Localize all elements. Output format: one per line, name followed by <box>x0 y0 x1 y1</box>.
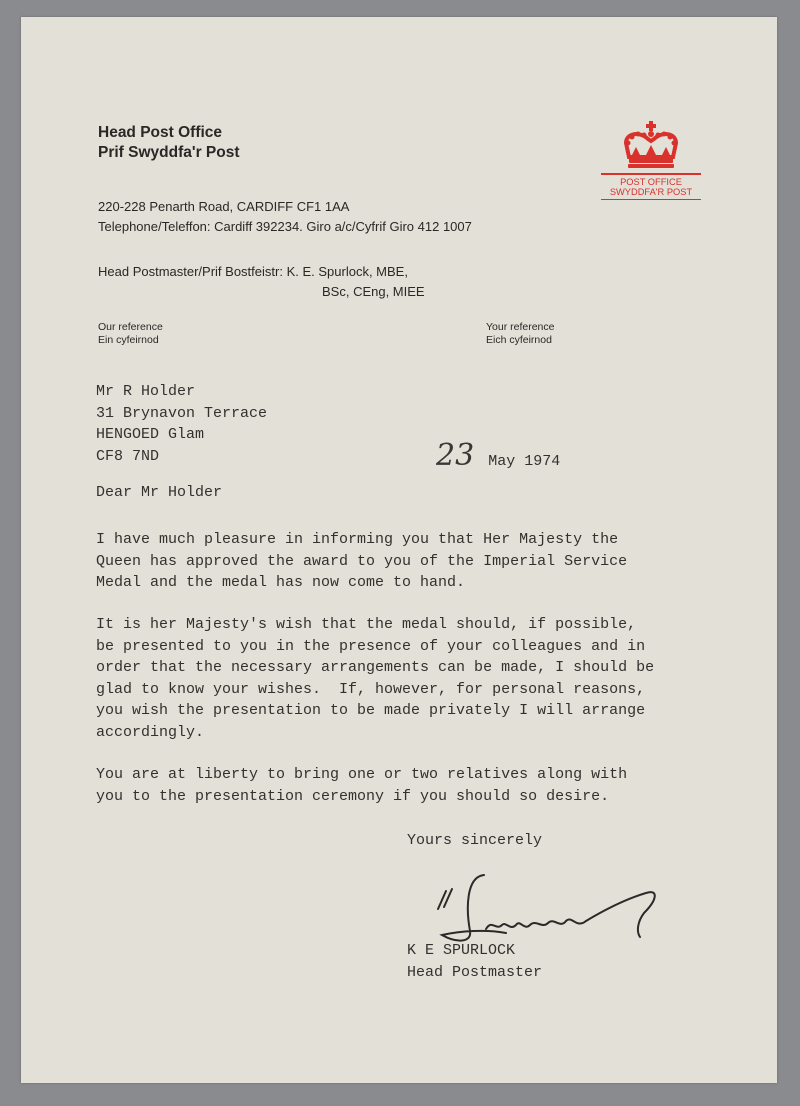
body-paragraph-3: You are at liberty to bring one or two r… <box>96 764 627 807</box>
crown-icon <box>620 121 682 171</box>
office-name-welsh: Prif Swyddfa'r Post <box>98 143 240 163</box>
your-reference: Your reference Eich cyfeirnod <box>486 321 555 347</box>
our-reference-en: Our reference <box>98 321 163 334</box>
office-address: 220-228 Penarth Road, CARDIFF CF1 1AA <box>98 197 472 217</box>
body-paragraph-1: I have much pleasure in informing you th… <box>96 529 627 594</box>
body-paragraph-2: It is her Majesty's wish that the medal … <box>96 614 654 743</box>
recipient-postcode: CF8 7ND <box>96 446 267 468</box>
office-name-english: Head Post Office <box>98 123 240 143</box>
postmaster-name: K. E. Spurlock, MBE, <box>287 264 408 279</box>
handwritten-signature <box>426 869 666 949</box>
your-reference-cy: Eich cyfeirnod <box>486 334 555 347</box>
date-day-handwritten: 23 <box>436 438 474 473</box>
office-telephone: Telephone/Teleffon: Cardiff 392234. Giro… <box>98 217 472 237</box>
logo-rule-top <box>601 173 701 175</box>
closing: Yours sincerely <box>407 832 542 849</box>
date-month-year: May 1974 <box>488 453 560 470</box>
postmaster-qualifications: BSc, CEng, MIEE <box>98 282 425 302</box>
our-reference: Our reference Ein cyfeirnod <box>98 321 163 347</box>
signatory-block: K E SPURLOCK Head Postmaster <box>407 940 542 983</box>
letterhead-title: Head Post Office Prif Swyddfa'r Post <box>98 123 240 163</box>
logo-rule-bottom <box>601 199 701 201</box>
recipient-name: Mr R Holder <box>96 381 267 403</box>
letterhead-address-block: 220-228 Penarth Road, CARDIFF CF1 1AA Te… <box>98 197 472 237</box>
your-reference-en: Your reference <box>486 321 555 334</box>
logo-text-cy: SWYDDFA'R POST <box>601 187 701 197</box>
logo-text-en: POST OFFICE <box>601 177 701 187</box>
signatory-name: K E SPURLOCK <box>407 940 542 962</box>
salutation: Dear Mr Holder <box>96 484 222 501</box>
postmaster-label: Head Postmaster/Prif Bostfeistr: <box>98 264 283 279</box>
post-office-logo: POST OFFICE SWYDDFA'R POST <box>601 121 701 202</box>
recipient-address: Mr R Holder 31 Brynavon Terrace HENGOED … <box>96 381 267 467</box>
head-postmaster-block: Head Postmaster/Prif Bostfeistr: K. E. S… <box>98 262 425 302</box>
recipient-town: HENGOED Glam <box>96 424 267 446</box>
recipient-street: 31 Brynavon Terrace <box>96 403 267 425</box>
letter-page: Head Post Office Prif Swyddfa'r Post 220… <box>21 17 777 1083</box>
our-reference-cy: Ein cyfeirnod <box>98 334 163 347</box>
letter-date: 23 May 1974 <box>436 438 560 473</box>
signatory-title: Head Postmaster <box>407 962 542 984</box>
